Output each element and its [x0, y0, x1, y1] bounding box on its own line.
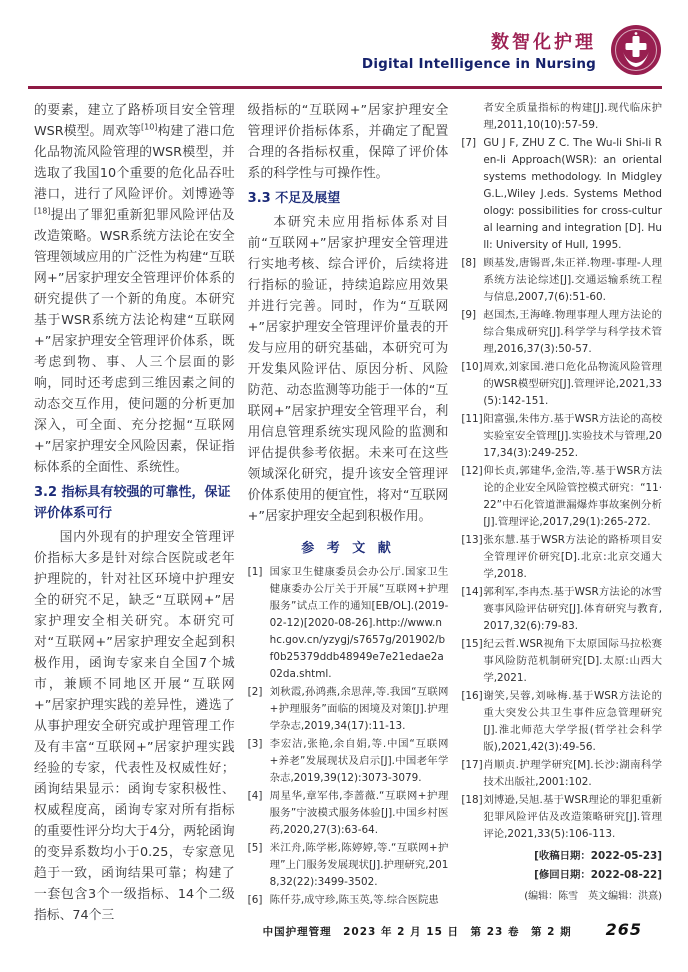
reference-text: 李宏洁,张艳,余自娟,等.中国“互联网+养老”发展现状及启示[J].中国老年学杂… [270, 736, 449, 787]
reference-number: [8] [461, 255, 483, 306]
reference-item-continuation: 者安全质量指标的构建[J].现代临床护理,2011,10(10):57-59. [461, 100, 662, 134]
references-heading: 参 考 文 献 [248, 537, 449, 556]
reference-text: 周星华,章军伟,李蔷薇.“互联网+护理服务”宁波模式服务体验[J].中国乡村医药… [270, 788, 449, 839]
journal-titles: 数智化护理 Digital Intelligence in Nursing [362, 24, 596, 74]
reference-text: 米江舟,陈学彬,陈婷婷,等.“互联网+护理”上门服务发展现状[J].护理研究,2… [270, 840, 449, 891]
reference-item: [11]阳富强,朱伟方.基于WSR方法论的高校实验室安全管理[J].实验技术与管… [461, 411, 662, 462]
reference-text: 者安全质量指标的构建[J].现代临床护理,2011,10(10):57-59. [483, 100, 662, 134]
reference-item: [12]仰长贞,郭建华,金浩,等.基于WSR方法论的企业安全风险管控模式研究：“… [461, 463, 662, 531]
reference-text: 周欢,刘家国.港口危化品物流风险管理的WSR模型研究[J].管理评论,2021,… [483, 359, 662, 410]
citation-superscript: [18] [34, 207, 50, 216]
reference-number: [2] [248, 684, 270, 735]
journal-title-cn: 数智化护理 [362, 32, 596, 54]
article-body: 的要素，建立了路桥项目安全管理WSR模型。周欢等[10]构建了港口危化品物流风险… [34, 100, 662, 926]
column-middle: 级指标的“互联网+”居家护理安全管理评价指标体系，并确定了配置合理的各指标权重，… [248, 100, 449, 926]
column-left: 的要素，建立了路桥项目安全管理WSR模型。周欢等[10]构建了港口危化品物流风险… [34, 100, 235, 926]
reference-number: [6] [248, 892, 270, 909]
paragraph: 本研究未应用指标体系对目前“互联网+”居家护理安全管理进行实地考核、综合评价，后… [248, 212, 449, 527]
paragraph-continuation: 级指标的“互联网+”居家护理安全管理评价指标体系，并确定了配置合理的各指标权重，… [248, 100, 449, 184]
reference-text: 赵国杰,王海峰.物理事理人理方法论的综合集成研究[J].科学学与科学技术管理,2… [483, 307, 662, 358]
reference-text: 阳富强,朱伟方.基于WSR方法论的高校实验室安全管理[J].实验技术与管理,20… [483, 411, 662, 462]
reference-text: 刘秋霞,孙鸿燕,余思萍,等.我国“互联网+护理服务”面临的困境及对策[J].护理… [270, 684, 449, 735]
reference-number: [12] [461, 463, 483, 531]
reference-item: [16]谢笑,吴蓉,刘咏梅.基于WSR方法论的重大突发公共卫生事件应急管理研究[… [461, 688, 662, 756]
reference-text: 陈仟芬,成守珍,陈玉英,等.综合医院患 [270, 892, 449, 909]
reference-number: [11] [461, 411, 483, 462]
journal-title-en: Digital Intelligence in Nursing [362, 54, 596, 74]
reference-item: [14]郭利军,李冉杰.基于WSR方法论的冰雪赛事风险评估研究[J].体育研究与… [461, 584, 662, 635]
journal-page: 数智化护理 Digital Intelligence in Nursing 的要… [0, 0, 688, 972]
reference-text: 顾基发,唐锡晋,朱正祥.物理-事理-人理系统方法论综述[J].交通运输系统工程与… [483, 255, 662, 306]
reference-number: [10] [461, 359, 483, 410]
editors-line: (编辑：陈雪 英文编辑：洪熹) [461, 887, 662, 906]
page-footer: 中国护理管理 2023 年 2 月 15 日 第 23 卷 第 2 期 265 [0, 920, 642, 939]
reference-item: [8]顾基发,唐锡晋,朱正祥.物理-事理-人理系统方法论综述[J].交通运输系统… [461, 255, 662, 306]
reference-item: [2]刘秋霞,孙鸿燕,余思萍,等.我国“互联网+护理服务”面临的困境及对策[J]… [248, 684, 449, 735]
section-heading-3-2: 3.2 指标具有较强的可靠性，保证评价体系可行 [34, 482, 235, 524]
paragraph: 国内外现有的护理安全管理评价指标大多是针对综合医院或老年护理院的，针对社区环境中… [34, 527, 235, 926]
reference-number: [1] [248, 564, 270, 683]
paragraph-continuation: 的要素，建立了路桥项目安全管理WSR模型。周欢等[10]构建了港口危化品物流风险… [34, 100, 235, 478]
reference-item: [6]陈仟芬,成守珍,陈玉英,等.综合医院患 [248, 892, 449, 909]
reference-item: [13]张东慧.基于WSR方法论的路桥项目安全管理评价研究[D].北京:北京交通… [461, 532, 662, 583]
reference-item: [15]纪云哲.WSR视角下太原国际马拉松赛事风险防范机制研究[D].太原:山西… [461, 636, 662, 687]
reference-number: [15] [461, 636, 483, 687]
reference-number: [16] [461, 688, 483, 756]
reference-item: [7]GU J F, ZHU Z C. The Wu-li Shi-li Ren… [461, 135, 662, 254]
reference-number: [14] [461, 584, 483, 635]
manuscript-dates: [收稿日期：2022-05-23] [修回日期：2022-08-22] (编辑：… [461, 847, 662, 906]
reference-text: GU J F, ZHU Z C. The Wu-li Shi-li Ren-li… [483, 135, 662, 254]
reference-item: [17]肖顺贞.护理学研究[M].长沙:湖南科学技术出版社,2001:102. [461, 757, 662, 791]
reference-text: 刘博逊,吴旭.基于WSR理论的罪犯重新犯罪风险评估及改造策略研究[J].管理评论… [483, 792, 662, 843]
reference-item: [5]米江舟,陈学彬,陈婷婷,等.“互联网+护理”上门服务发展现状[J].护理研… [248, 840, 449, 891]
reference-text: 仰长贞,郭建华,金浩,等.基于WSR方法论的企业安全风险管控模式研究：“11·2… [483, 463, 662, 531]
header-rule [28, 86, 662, 89]
page-number: 265 [606, 920, 642, 939]
paragraph-text: 提出了罪犯重新犯罪风险评估及改造策略。WSR系统方法论在安全管理领域应用的广泛性… [34, 208, 235, 475]
reference-item: [4]周星华,章军伟,李蔷薇.“互联网+护理服务”宁波模式服务体验[J].中国乡… [248, 788, 449, 839]
reference-item: [3]李宏洁,张艳,余自娟,等.中国“互联网+养老”发展现状及启示[J].中国老… [248, 736, 449, 787]
reference-item: [9]赵国杰,王海峰.物理事理人理方法论的综合集成研究[J].科学学与科学技术管… [461, 307, 662, 358]
citation-superscript: [10] [141, 123, 157, 132]
reference-text: 肖顺贞.护理学研究[M].长沙:湖南科学技术出版社,2001:102. [483, 757, 662, 791]
section-heading-3-3: 3.3 不足及展望 [248, 188, 449, 209]
reference-number: [5] [248, 840, 270, 891]
reference-text: 张东慧.基于WSR方法论的路桥项目安全管理评价研究[D].北京:北京交通大学,2… [483, 532, 662, 583]
journal-logo-icon [610, 24, 662, 76]
reference-item: [10]周欢,刘家国.港口危化品物流风险管理的WSR模型研究[J].管理评论,2… [461, 359, 662, 410]
reference-item: [1]国家卫生健康委员会办公厅.国家卫生健康委办公厅关于开展“互联网+护理服务”… [248, 564, 449, 683]
page-header: 数智化护理 Digital Intelligence in Nursing [362, 24, 662, 76]
reference-text: 郭利军,李冉杰.基于WSR方法论的冰雪赛事风险评估研究[J].体育研究与教育,2… [483, 584, 662, 635]
reference-number: [17] [461, 757, 483, 791]
reference-text: 纪云哲.WSR视角下太原国际马拉松赛事风险防范机制研究[D].太原:山西大学,2… [483, 636, 662, 687]
reference-number: [9] [461, 307, 483, 358]
journal-issue-line: 中国护理管理 2023 年 2 月 15 日 第 23 卷 第 2 期 [263, 924, 572, 939]
reference-item: [18]刘博逊,吴旭.基于WSR理论的罪犯重新犯罪风险评估及改造策略研究[J].… [461, 792, 662, 843]
reference-number: [13] [461, 532, 483, 583]
reference-text: 谢笑,吴蓉,刘咏梅.基于WSR方法论的重大突发公共卫生事件应急管理研究[J].淮… [483, 688, 662, 756]
reference-text: 国家卫生健康委员会办公厅.国家卫生健康委办公厅关于开展“互联网+护理服务”试点工… [270, 564, 449, 683]
reference-number: [7] [461, 135, 483, 254]
received-date: [收稿日期：2022-05-23] [461, 847, 662, 866]
revised-date: [修回日期：2022-08-22] [461, 866, 662, 885]
column-right: 者安全质量指标的构建[J].现代临床护理,2011,10(10):57-59. … [461, 100, 662, 926]
reference-number: [4] [248, 788, 270, 839]
reference-number [461, 100, 483, 134]
reference-number: [3] [248, 736, 270, 787]
reference-number: [18] [461, 792, 483, 843]
